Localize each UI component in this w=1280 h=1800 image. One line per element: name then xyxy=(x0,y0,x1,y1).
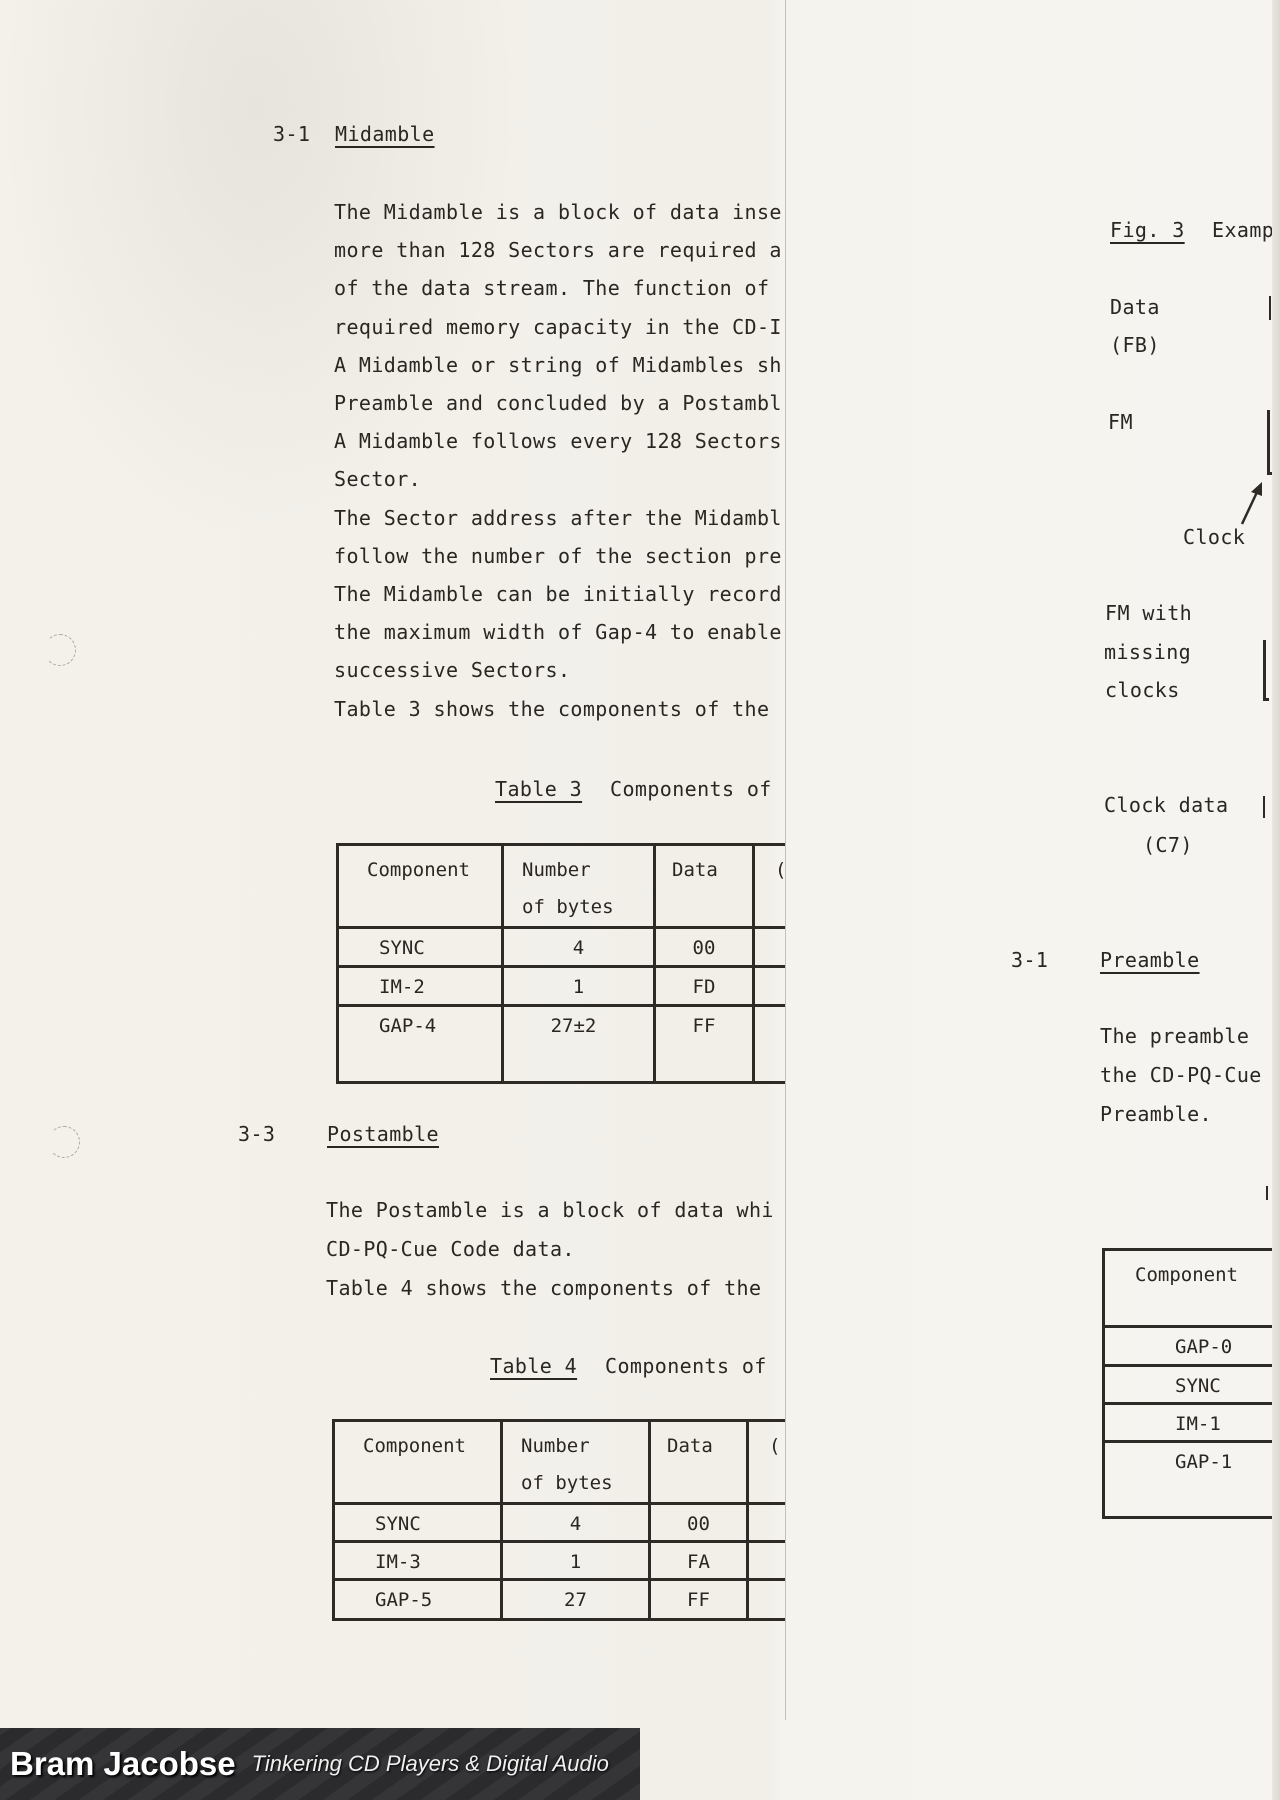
right-page: Fig. 3 Examp Data (FB) FM Clock FM with … xyxy=(0,0,1272,1800)
body-line: the CD-PQ-Cue xyxy=(1100,1063,1262,1087)
watermark-banner: Bram Jacobse Tinkering CD Players & Digi… xyxy=(0,1728,640,1800)
waveform-mark xyxy=(1263,640,1266,700)
section-number: 3-1 xyxy=(1011,948,1048,972)
table-cell: IM-1 xyxy=(1104,1404,1273,1442)
signal-label-fm: FM xyxy=(1108,410,1133,434)
waveform-mark xyxy=(1267,472,1272,475)
waveform-mark xyxy=(1269,296,1271,320)
watermark-tagline: Tinkering CD Players & Digital Audio xyxy=(252,1751,609,1777)
signal-label-clock-data: Clock data xyxy=(1104,793,1228,817)
waveform-mark xyxy=(1263,698,1269,701)
column-header: Component xyxy=(1104,1250,1273,1327)
figure-label: Fig. 3 xyxy=(1110,218,1185,242)
table-cell: SYNC xyxy=(1104,1366,1273,1404)
signal-sub-fb: (FB) xyxy=(1110,333,1160,357)
signal-sub-clocks: clocks xyxy=(1105,678,1180,702)
signal-label-data: Data xyxy=(1110,295,1160,319)
watermark-name: Bram Jacobse xyxy=(10,1745,236,1783)
clock-annotation: Clock xyxy=(1183,525,1245,549)
paper-edge xyxy=(1272,0,1280,1800)
figure-title: Examp xyxy=(1212,218,1272,242)
arrow-icon xyxy=(1236,482,1266,528)
table-preamble: ComponentGAP-0SYNCIM-1GAP-1 xyxy=(1102,1248,1272,1519)
section-title-preamble: Preamble xyxy=(1100,948,1200,972)
signal-sub-missing: missing xyxy=(1104,640,1191,664)
body-line: Preamble. xyxy=(1100,1102,1212,1126)
table-cell: GAP-0 xyxy=(1104,1327,1273,1366)
body-line: The preamble xyxy=(1100,1024,1249,1048)
table-row: GAP-0 xyxy=(1104,1327,1273,1366)
signal-label-fm-missing: FM with xyxy=(1105,601,1192,625)
waveform-mark xyxy=(1267,410,1270,474)
signal-sub-c7: (C7) xyxy=(1143,833,1193,857)
table-cell: GAP-1 xyxy=(1104,1442,1273,1518)
table-row: SYNC xyxy=(1104,1366,1273,1404)
waveform-mark xyxy=(1263,796,1265,818)
table-header-row: Component xyxy=(1104,1250,1273,1327)
table-row: GAP-1 xyxy=(1104,1442,1273,1518)
table-row: IM-1 xyxy=(1104,1404,1273,1442)
stray-mark xyxy=(1266,1186,1268,1200)
